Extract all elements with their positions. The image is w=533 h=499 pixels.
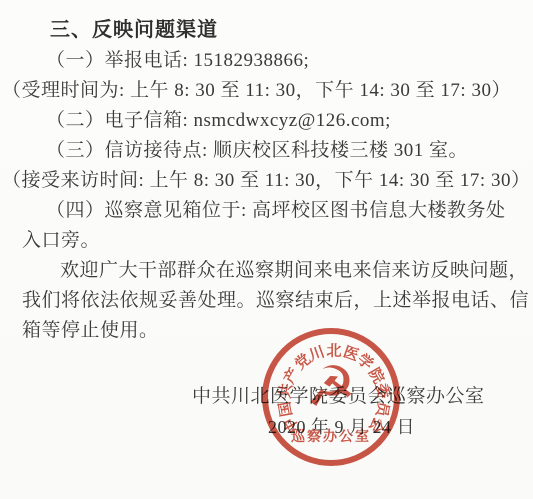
line-phone-hours: （受理时间为: 上午 8: 30 至 11: 30，下午 14: 30 至 17… bbox=[0, 76, 533, 106]
line-closing-para-1: 欢迎广大干部群众在巡察期间来电来信来访反映问题， bbox=[0, 256, 533, 286]
section-heading: 三、反映问题渠道 bbox=[0, 12, 533, 46]
document-page: 三、反映问题渠道 （一）举报电话: 15182938866; （受理时间为: 上… bbox=[0, 0, 533, 499]
seal-ring-char: 川 bbox=[308, 344, 327, 363]
seal-ring-char: 医 bbox=[341, 344, 360, 363]
line-report-phone: （一）举报电话: 15182938866; bbox=[0, 46, 533, 76]
line-closing-para-2: 我们将依法依规妥善处理。巡察结束后，上述举报电话、信 bbox=[0, 286, 533, 316]
seal-ring-char: 党 bbox=[292, 352, 313, 373]
line-visit-location: （三）信访接待点: 顺庆校区科技楼三楼 301 室。 bbox=[0, 136, 533, 166]
line-closing-para-3: 箱等停止使用。 bbox=[0, 316, 533, 346]
signature-date: 2020 年 9 月 24 日 bbox=[0, 412, 533, 442]
line-suggestion-box-2: 入口旁。 bbox=[0, 226, 533, 256]
line-suggestion-box: （四）巡察意见箱位于: 高坪校区图书信息大楼教务处 bbox=[0, 196, 533, 226]
line-email: （二）电子信箱: nsmcdwxcyz@126.com; bbox=[0, 106, 533, 136]
line-visit-hours: （接受来访时间: 上午 8: 30 至 11: 30，下午 14: 30 至 1… bbox=[0, 166, 533, 196]
seal-ring-char: 学 bbox=[355, 352, 376, 373]
signature-office: 中共川北医学院委员会巡察办公室 bbox=[0, 382, 533, 412]
